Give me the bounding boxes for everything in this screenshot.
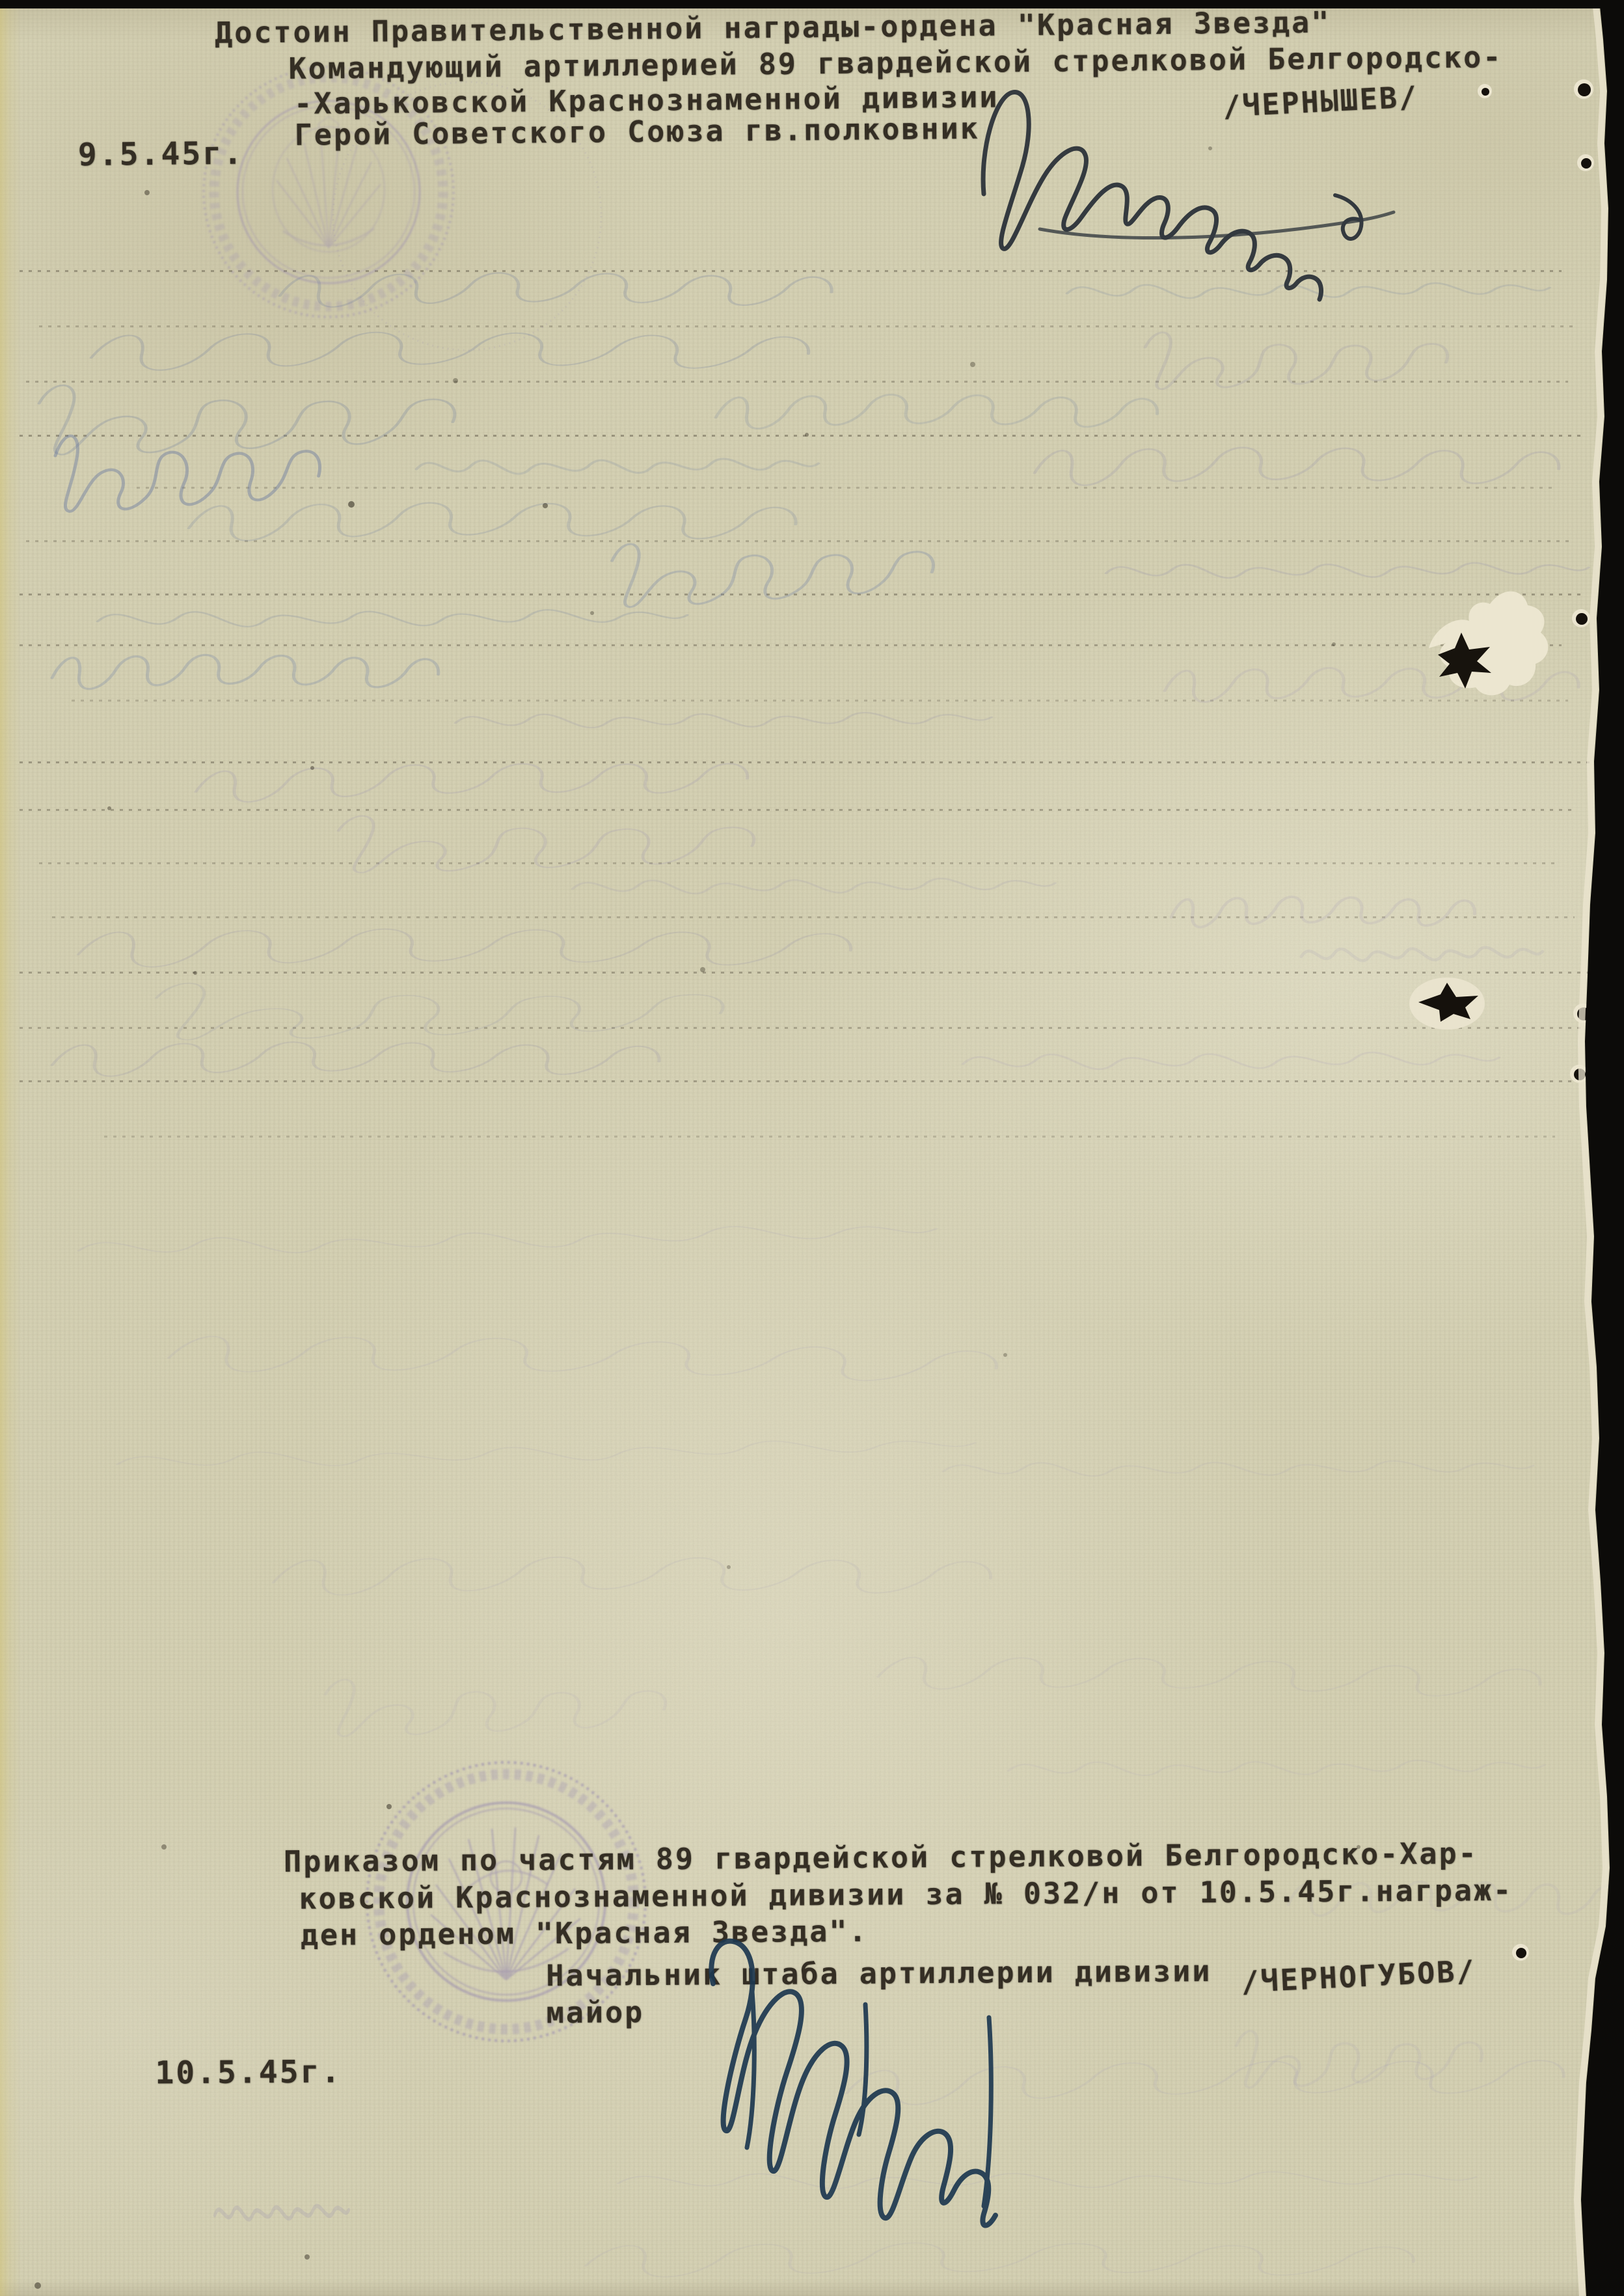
chernogubov-signature — [711, 1941, 995, 2226]
paper-hole — [1572, 609, 1590, 627]
paper-hole — [1409, 977, 1485, 1030]
scan-black-top-strip — [0, 0, 1624, 8]
paper-hole — [1429, 592, 1548, 696]
chernyshev-signature — [983, 92, 1394, 299]
paper-hole — [1512, 1944, 1529, 1961]
paper-hole — [1574, 79, 1593, 99]
foreground-art-layer — [0, 0, 1624, 2296]
small-paper-holes — [1478, 79, 1594, 1961]
scanned-award-document: Достоин Правительственной награды-ордена… — [0, 0, 1624, 2296]
paper-hole — [1577, 154, 1594, 171]
paper-hole — [1478, 84, 1492, 98]
